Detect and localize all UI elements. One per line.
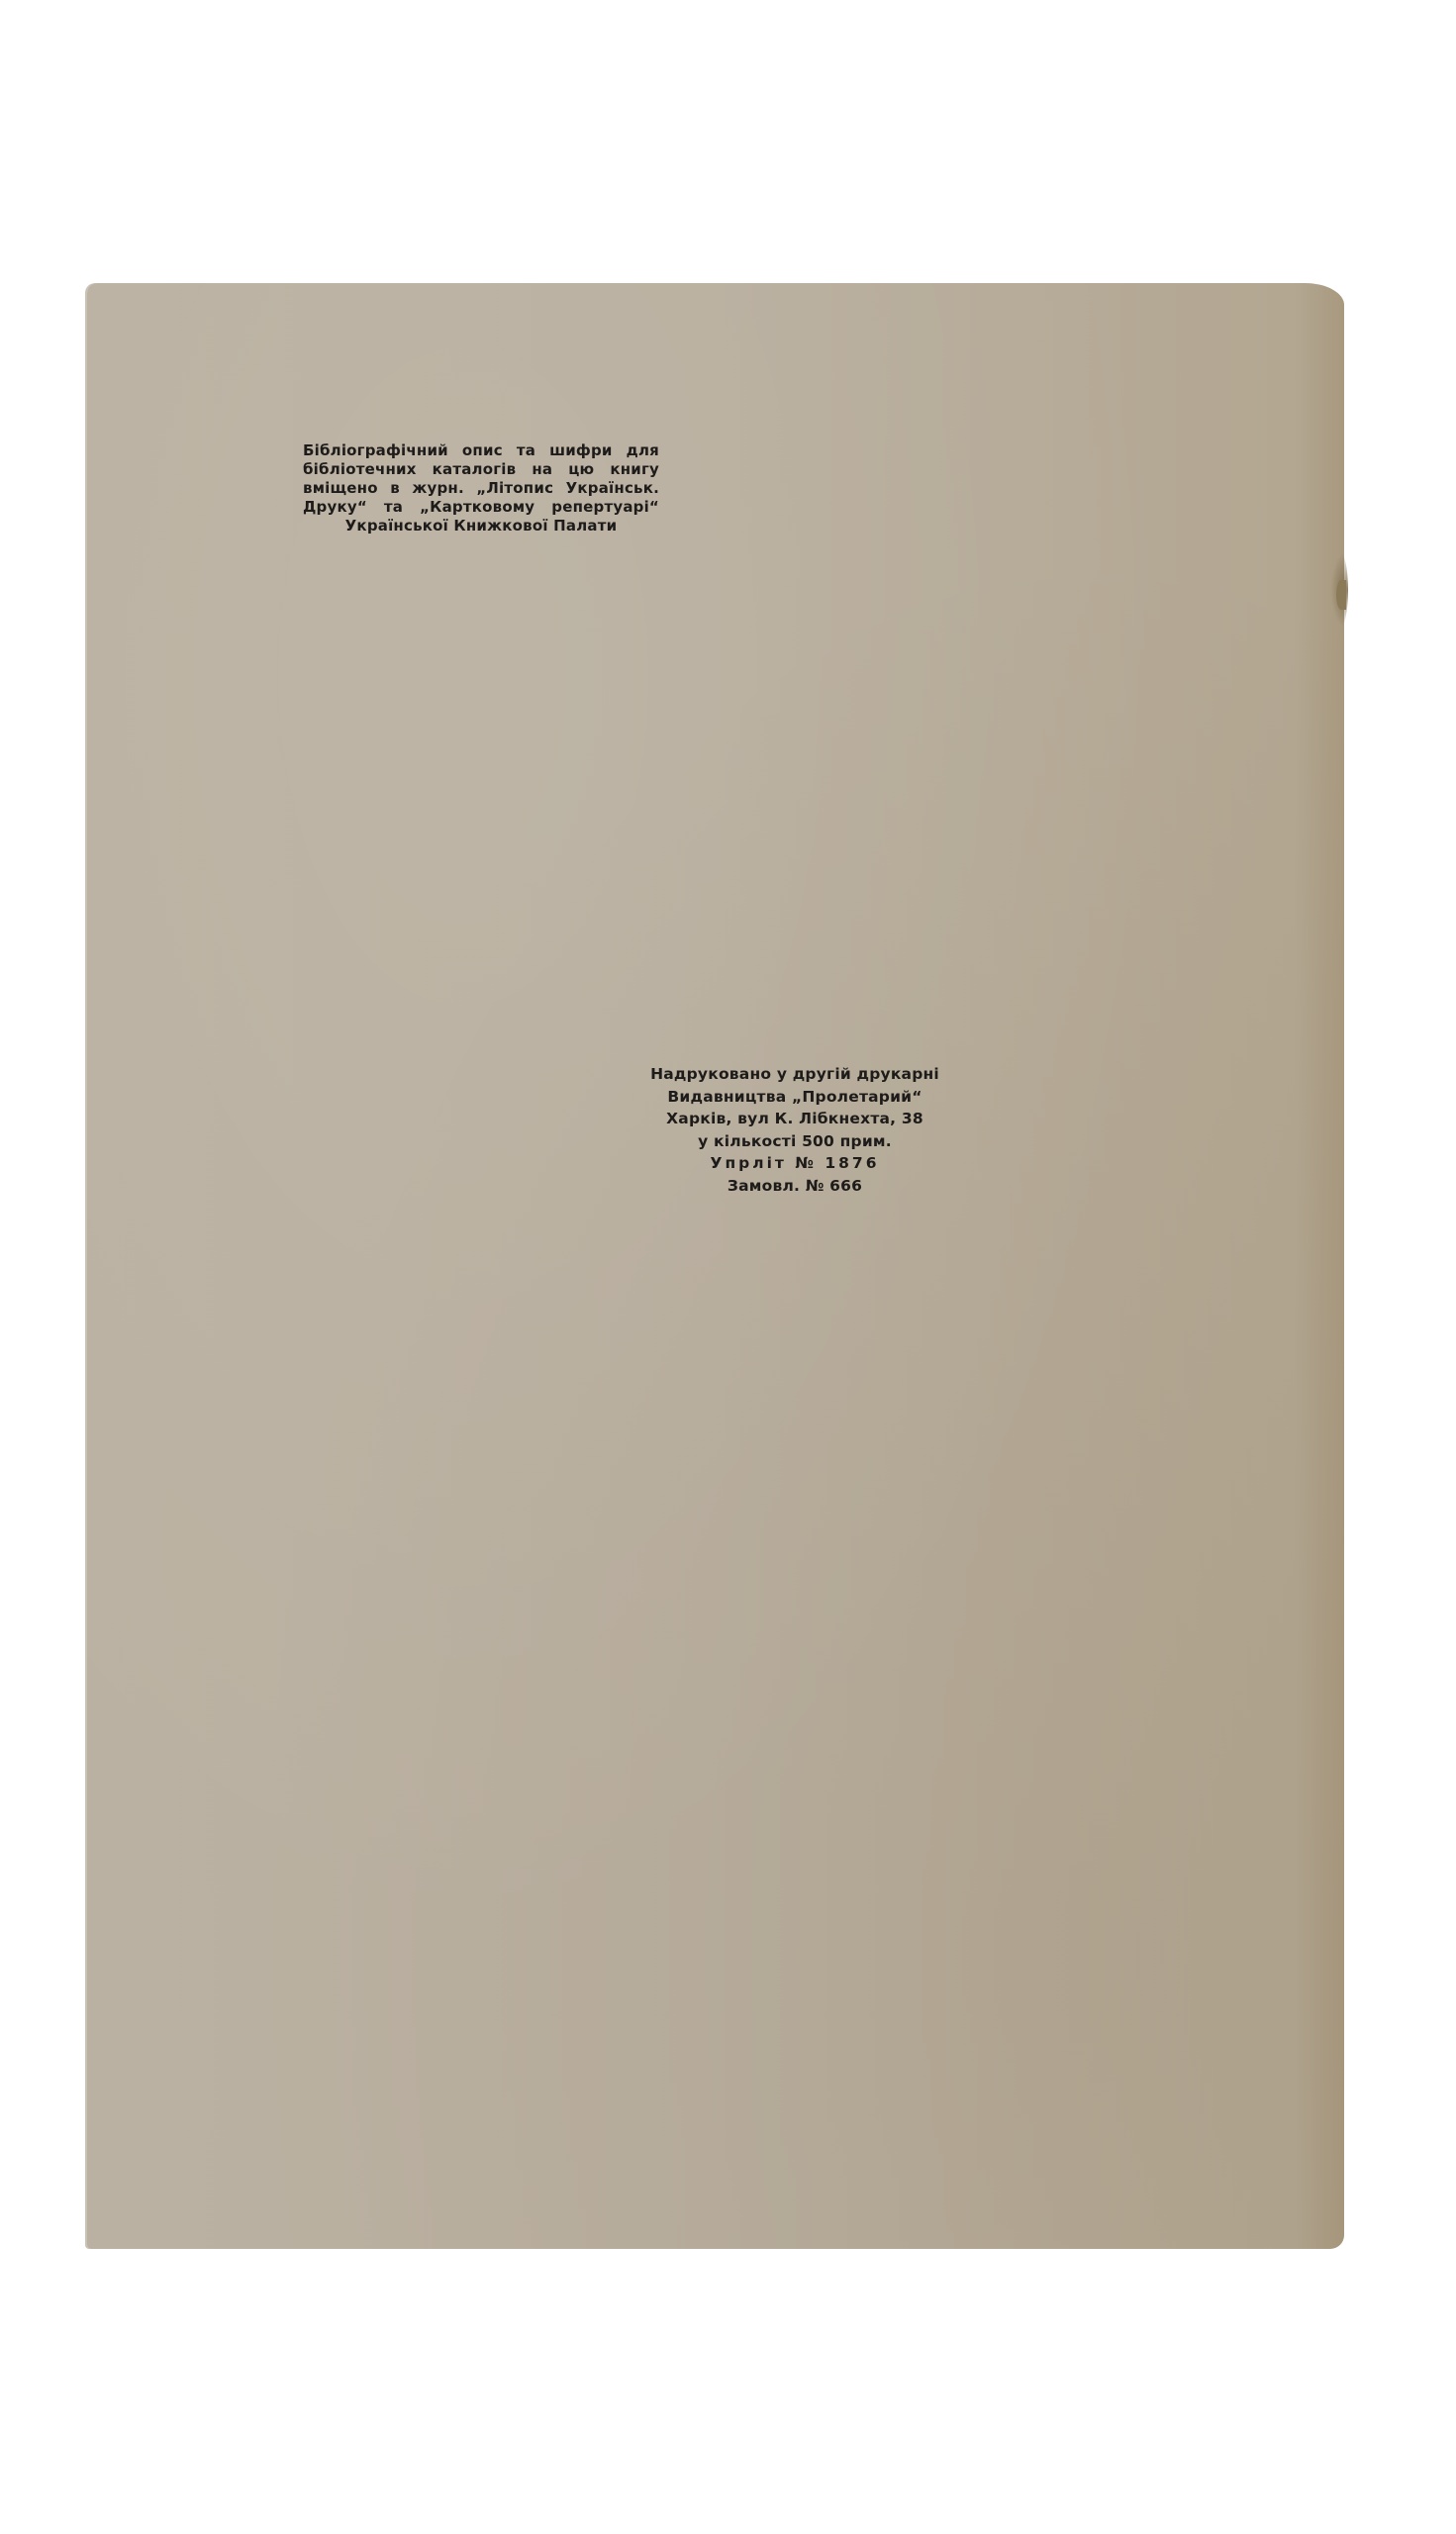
biblio-line: Української Книжкової Палати — [303, 517, 659, 536]
biblio-line: вміщено в журн. „Літопис Українськ. — [303, 479, 659, 498]
imprint-line-uprlit: Упрліт № 1876 — [641, 1152, 948, 1175]
biblio-line: Бібліографічний опис та шифри для — [303, 441, 659, 460]
imprint-line-publisher: Видавництва „Пролетарий“ — [641, 1086, 948, 1109]
bibliographic-note: Бібліографічний опис та шифри для бібліо… — [303, 441, 659, 536]
biblio-line: бібліотечних каталогів на цю книгу — [303, 460, 659, 479]
imprint-line-print-run: у кількості 500 прим. — [641, 1130, 948, 1153]
book-page: Бібліографічний опис та шифри для бібліо… — [87, 283, 1344, 2249]
imprint-line-address: Харків, вул К. Лібкнехта, 38 — [641, 1108, 948, 1130]
imprint-line-order: Замовл. № 666 — [641, 1175, 948, 1198]
printing-imprint: Надруковано у другій друкарні Видавництв… — [641, 1063, 948, 1197]
paper-stain-dark — [1336, 580, 1346, 610]
imprint-line-printer: Надруковано у другій друкарні — [641, 1063, 948, 1086]
biblio-line: Друку“ та „Картковому репертуарі“ — [303, 498, 659, 517]
